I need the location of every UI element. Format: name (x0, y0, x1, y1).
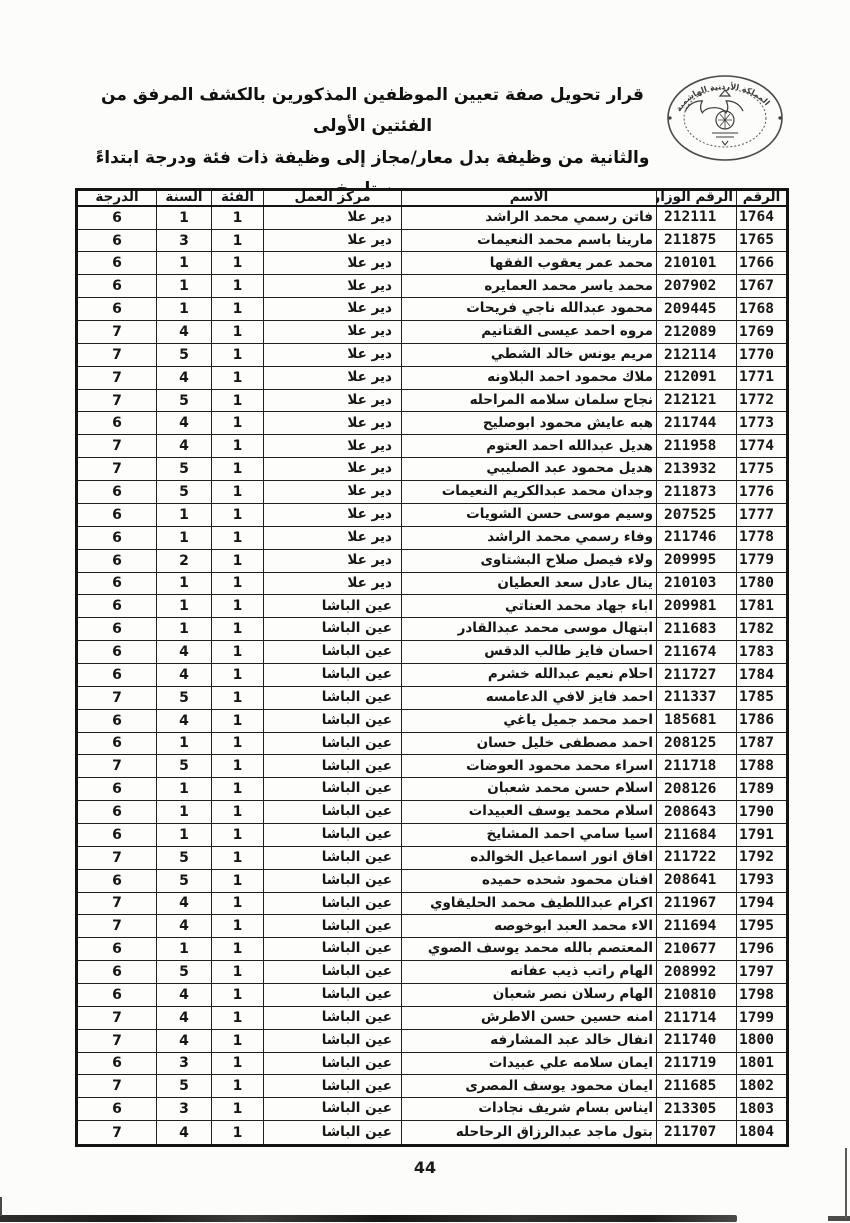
cell-work-center: دير علا (264, 343, 402, 366)
cell-grade: 6 (77, 961, 157, 984)
cell-name: ايمان سلامه علي عبيدات (402, 1052, 657, 1075)
cell-year: 4 (157, 412, 212, 435)
cell-ministry-number: 211714 (657, 1006, 737, 1029)
scanned-document-page: قرار تحويل صفة تعيين الموظفين المذكورين … (0, 0, 850, 1223)
cell-grade: 6 (77, 252, 157, 275)
cell-name: اسلام حسن محمد شعبان (402, 778, 657, 801)
cell-year: 2 (157, 549, 212, 572)
cell-category: 1 (212, 823, 264, 846)
cell-grade: 6 (77, 298, 157, 321)
cell-name: ينال عادل سعد العطيان (402, 572, 657, 595)
cell-work-center: دير علا (264, 481, 402, 504)
cell-category: 1 (212, 755, 264, 778)
cell-ministry-number: 211875 (657, 229, 737, 252)
cell-grade: 7 (77, 366, 157, 389)
official-seal-icon: المملكة الأردنية الهاشمية (660, 70, 790, 166)
cell-year: 1 (157, 526, 212, 549)
cell-serial: 1780 (737, 572, 788, 595)
cell-year: 4 (157, 663, 212, 686)
table-row: 1784211727احلام نعيم عبدالله خشرمعين الب… (77, 663, 788, 686)
cell-ministry-number: 211684 (657, 823, 737, 846)
table-row: 1772212121نجاح سلمان سلامه المراحلهدير ع… (77, 389, 788, 412)
cell-category: 1 (212, 938, 264, 961)
cell-work-center: عين الباشا (264, 983, 402, 1006)
cell-grade: 6 (77, 641, 157, 664)
cell-work-center: عين الباشا (264, 663, 402, 686)
cell-grade: 7 (77, 458, 157, 481)
cell-name: احلام نعيم عبدالله خشرم (402, 663, 657, 686)
cell-category: 1 (212, 641, 264, 664)
cell-ministry-number: 211873 (657, 481, 737, 504)
table-row: 1804211707بتول ماجد عبدالرزاق الرحاحلهعي… (77, 1121, 788, 1146)
cell-ministry-number: 208992 (657, 961, 737, 984)
cell-name: احمد فايز لافي الدعامسه (402, 686, 657, 709)
scan-artifact-right-edge (845, 1148, 847, 1218)
cell-year: 4 (157, 709, 212, 732)
cell-work-center: دير علا (264, 389, 402, 412)
cell-grade: 7 (77, 343, 157, 366)
cell-serial: 1784 (737, 663, 788, 686)
cell-category: 1 (212, 572, 264, 595)
cell-ministry-number: 211718 (657, 755, 737, 778)
cell-serial: 1796 (737, 938, 788, 961)
cell-year: 1 (157, 618, 212, 641)
cell-serial: 1795 (737, 915, 788, 938)
table-row: 1783211674احسان فايز طالب الدقسعين الباش… (77, 641, 788, 664)
page-number: 44 (400, 1158, 450, 1177)
cell-work-center: دير علا (264, 206, 402, 230)
cell-category: 1 (212, 1006, 264, 1029)
cell-year: 3 (157, 229, 212, 252)
cell-ministry-number: 210101 (657, 252, 737, 275)
cell-category: 1 (212, 458, 264, 481)
cell-category: 1 (212, 298, 264, 321)
cell-ministry-number: 211694 (657, 915, 737, 938)
cell-ministry-number: 210677 (657, 938, 737, 961)
cell-ministry-number: 185681 (657, 709, 737, 732)
cell-category: 1 (212, 961, 264, 984)
table-row: 1782211683ابتهال موسى محمد عبدالقادرعين … (77, 618, 788, 641)
employee-roster-table: الرقم الرقم الوزاري الاسم مركز العمل الف… (75, 188, 789, 1147)
table-row: 1780210103ينال عادل سعد العطياندير علا11… (77, 572, 788, 595)
table-row: 1773211744هبه عايش محمود ابوصليحدير علا1… (77, 412, 788, 435)
cell-grade: 6 (77, 709, 157, 732)
cell-grade: 6 (77, 595, 157, 618)
cell-name: مارينا باسم محمد النعيمات (402, 229, 657, 252)
cell-work-center: عين الباشا (264, 801, 402, 824)
table-row: 1781209981اباء جهاد محمد العناتيعين البا… (77, 595, 788, 618)
cell-category: 1 (212, 549, 264, 572)
cell-year: 1 (157, 823, 212, 846)
cell-grade: 6 (77, 275, 157, 298)
cell-ministry-number: 208125 (657, 732, 737, 755)
cell-serial: 1774 (737, 435, 788, 458)
cell-ministry-number: 207902 (657, 275, 737, 298)
column-header-category: الفئة (212, 190, 264, 206)
table-row: 1770212114مريم يونس خالد الشطيدير علا157 (77, 343, 788, 366)
cell-work-center: دير علا (264, 435, 402, 458)
cell-work-center: عين الباشا (264, 1075, 402, 1098)
cell-name: فاتن رسمي محمد الراشد (402, 206, 657, 230)
cell-year: 4 (157, 641, 212, 664)
cell-work-center: دير علا (264, 549, 402, 572)
cell-name: ابتهال موسى محمد عبدالقادر (402, 618, 657, 641)
cell-serial: 1792 (737, 846, 788, 869)
cell-grade: 7 (77, 1029, 157, 1052)
table-row: 1775213932هديل محمود عبد الصليبيدير علا1… (77, 458, 788, 481)
cell-category: 1 (212, 663, 264, 686)
cell-year: 1 (157, 275, 212, 298)
column-header-grade: الدرجة (77, 190, 157, 206)
table-row: 1793208641افنان محمود شحده حميدهعين البا… (77, 869, 788, 892)
cell-year: 4 (157, 435, 212, 458)
cell-category: 1 (212, 252, 264, 275)
cell-category: 1 (212, 846, 264, 869)
table-row: 1769212089مروه احمد عيسى القتانيمدير علا… (77, 321, 788, 344)
table-row: 1774211958هديل عبدالله احمد العتومدير عل… (77, 435, 788, 458)
cell-work-center: عين الباشا (264, 823, 402, 846)
cell-serial: 1797 (737, 961, 788, 984)
cell-grade: 7 (77, 321, 157, 344)
cell-serial: 1765 (737, 229, 788, 252)
cell-work-center: دير علا (264, 412, 402, 435)
column-header-serial: الرقم (737, 190, 788, 206)
cell-ministry-number: 211722 (657, 846, 737, 869)
cell-serial: 1799 (737, 1006, 788, 1029)
cell-work-center: عين الباشا (264, 846, 402, 869)
cell-year: 5 (157, 343, 212, 366)
cell-grade: 7 (77, 846, 157, 869)
scan-artifact-bottom-band (0, 1215, 737, 1222)
cell-work-center: عين الباشا (264, 1052, 402, 1075)
cell-year: 5 (157, 458, 212, 481)
cell-serial: 1764 (737, 206, 788, 230)
cell-ministry-number: 208641 (657, 869, 737, 892)
table-row: 1786185681احمد محمد جميل ياغيعين الباشا1… (77, 709, 788, 732)
cell-category: 1 (212, 1121, 264, 1146)
cell-ministry-number: 210810 (657, 983, 737, 1006)
cell-serial: 1772 (737, 389, 788, 412)
table-row: 1789208126اسلام حسن محمد شعبانعين الباشا… (77, 778, 788, 801)
cell-ministry-number: 212089 (657, 321, 737, 344)
cell-work-center: عين الباشا (264, 778, 402, 801)
table-row: 1797208992الهام راتب ذيب عفانهعين الباشا… (77, 961, 788, 984)
cell-ministry-number: 211727 (657, 663, 737, 686)
cell-name: ايمان محمود يوسف المصرى (402, 1075, 657, 1098)
cell-name: بتول ماجد عبدالرزاق الرحاحله (402, 1121, 657, 1146)
cell-serial: 1768 (737, 298, 788, 321)
cell-grade: 6 (77, 869, 157, 892)
cell-serial: 1771 (737, 366, 788, 389)
table-row: 1779209995ولاء فيصل صلاح البشتاوىدير علا… (77, 549, 788, 572)
cell-work-center: دير علا (264, 503, 402, 526)
table-row: 1768209445محمود عبدالله ناجي فريحاتدير ع… (77, 298, 788, 321)
cell-grade: 6 (77, 938, 157, 961)
cell-year: 4 (157, 915, 212, 938)
cell-serial: 1777 (737, 503, 788, 526)
cell-category: 1 (212, 732, 264, 755)
cell-ministry-number: 212114 (657, 343, 737, 366)
table-row: 1799211714امنه حسين حسن الاطرشعين الباشا… (77, 1006, 788, 1029)
cell-ministry-number: 208643 (657, 801, 737, 824)
cell-ministry-number: 213932 (657, 458, 737, 481)
scan-artifact-left-tick (0, 1197, 2, 1216)
cell-work-center: عين الباشا (264, 1098, 402, 1121)
cell-name: امنه حسين حسن الاطرش (402, 1006, 657, 1029)
cell-name: هديل عبدالله احمد العتوم (402, 435, 657, 458)
cell-name: مروه احمد عيسى القتانيم (402, 321, 657, 344)
cell-name: نجاح سلمان سلامه المراحله (402, 389, 657, 412)
cell-ministry-number: 211967 (657, 892, 737, 915)
cell-work-center: عين الباشا (264, 755, 402, 778)
cell-year: 4 (157, 983, 212, 1006)
cell-year: 1 (157, 572, 212, 595)
cell-year: 5 (157, 389, 212, 412)
cell-serial: 1779 (737, 549, 788, 572)
cell-name: محمود عبدالله ناجي فريحات (402, 298, 657, 321)
cell-year: 4 (157, 1006, 212, 1029)
cell-serial: 1800 (737, 1029, 788, 1052)
table-row: 1803213305ايناس بسام شريف نجاداتعين البا… (77, 1098, 788, 1121)
cell-serial: 1794 (737, 892, 788, 915)
cell-ministry-number: 209981 (657, 595, 737, 618)
cell-grade: 6 (77, 823, 157, 846)
cell-year: 4 (157, 1121, 212, 1146)
cell-work-center: عين الباشا (264, 938, 402, 961)
cell-grade: 6 (77, 732, 157, 755)
cell-serial: 1766 (737, 252, 788, 275)
cell-serial: 1798 (737, 983, 788, 1006)
cell-ministry-number: 211746 (657, 526, 737, 549)
cell-category: 1 (212, 595, 264, 618)
cell-grade: 7 (77, 1121, 157, 1146)
cell-serial: 1791 (737, 823, 788, 846)
cell-work-center: عين الباشا (264, 618, 402, 641)
cell-name: انفال خالد عبد المشارفه (402, 1029, 657, 1052)
cell-name: اسراء محمد محمود العوضات (402, 755, 657, 778)
table-row: 1767207902محمد ياسر محمد العمايرهدير علا… (77, 275, 788, 298)
cell-year: 1 (157, 778, 212, 801)
cell-category: 1 (212, 1098, 264, 1121)
cell-serial: 1787 (737, 732, 788, 755)
cell-grade: 6 (77, 572, 157, 595)
cell-grade: 6 (77, 618, 157, 641)
cell-ministry-number: 211685 (657, 1075, 737, 1098)
cell-serial: 1775 (737, 458, 788, 481)
cell-ministry-number: 207525 (657, 503, 737, 526)
cell-ministry-number: 211683 (657, 618, 737, 641)
table-row: 1802211685ايمان محمود يوسف المصرىعين الب… (77, 1075, 788, 1098)
cell-grade: 6 (77, 526, 157, 549)
cell-name: اكرام عبداللطيف محمد الحليقاوي (402, 892, 657, 915)
cell-name: الاء محمد العبد ابوخوصه (402, 915, 657, 938)
cell-grade: 6 (77, 229, 157, 252)
cell-ministry-number: 211740 (657, 1029, 737, 1052)
cell-work-center: عين الباشا (264, 1029, 402, 1052)
cell-work-center: دير علا (264, 458, 402, 481)
table-row: 1766210101محمد عمر يعقوب الفقهادير علا11… (77, 252, 788, 275)
cell-work-center: دير علا (264, 526, 402, 549)
table-row: 1776211873وجدان محمد عبدالكريم النعيماتد… (77, 481, 788, 504)
cell-name: وجدان محمد عبدالكريم النعيمات (402, 481, 657, 504)
cell-category: 1 (212, 709, 264, 732)
cell-category: 1 (212, 778, 264, 801)
cell-name: محمد ياسر محمد العمايره (402, 275, 657, 298)
cell-serial: 1802 (737, 1075, 788, 1098)
cell-work-center: عين الباشا (264, 961, 402, 984)
cell-category: 1 (212, 686, 264, 709)
cell-ministry-number: 210103 (657, 572, 737, 595)
cell-work-center: دير علا (264, 275, 402, 298)
table-row: 1801211719ايمان سلامه علي عبيداتعين البا… (77, 1052, 788, 1075)
cell-serial: 1789 (737, 778, 788, 801)
cell-name: احمد مصطفى خليل حسان (402, 732, 657, 755)
cell-category: 1 (212, 915, 264, 938)
table-row: 1787208125احمد مصطفى خليل حسانعين الباشا… (77, 732, 788, 755)
cell-grade: 6 (77, 983, 157, 1006)
cell-name: ملاك محمود احمد البلاونه (402, 366, 657, 389)
cell-grade: 6 (77, 503, 157, 526)
cell-work-center: عين الباشا (264, 892, 402, 915)
cell-name: محمد عمر يعقوب الفقها (402, 252, 657, 275)
table-row: 1764212111فاتن رسمي محمد الراشددير علا11… (77, 206, 788, 230)
cell-grade: 7 (77, 755, 157, 778)
cell-serial: 1778 (737, 526, 788, 549)
cell-serial: 1793 (737, 869, 788, 892)
cell-category: 1 (212, 389, 264, 412)
table-row: 1794211967اكرام عبداللطيف محمد الحليقاوي… (77, 892, 788, 915)
cell-grade: 6 (77, 206, 157, 230)
cell-grade: 7 (77, 686, 157, 709)
cell-ministry-number: 212121 (657, 389, 737, 412)
cell-serial: 1785 (737, 686, 788, 709)
cell-ministry-number: 212111 (657, 206, 737, 230)
table-row: 1785211337احمد فايز لافي الدعامسهعين الب… (77, 686, 788, 709)
cell-serial: 1782 (737, 618, 788, 641)
cell-grade: 7 (77, 435, 157, 458)
cell-grade: 7 (77, 389, 157, 412)
cell-category: 1 (212, 983, 264, 1006)
cell-year: 4 (157, 892, 212, 915)
table-row: 1798210810الهام رسلان نصر شعبانعين الباش… (77, 983, 788, 1006)
table-row: 1791211684اسيا سامي احمد المشايخعين البا… (77, 823, 788, 846)
table-row: 1765211875مارينا باسم محمد النعيماتدير ع… (77, 229, 788, 252)
table-row: 1792211722افاق انور اسماعيل الخوالدهعين … (77, 846, 788, 869)
cell-year: 1 (157, 732, 212, 755)
cell-grade: 7 (77, 915, 157, 938)
cell-category: 1 (212, 503, 264, 526)
column-header-year: السنة (157, 190, 212, 206)
cell-serial: 1781 (737, 595, 788, 618)
cell-work-center: دير علا (264, 366, 402, 389)
cell-year: 1 (157, 595, 212, 618)
cell-serial: 1769 (737, 321, 788, 344)
cell-name: احمد محمد جميل ياغي (402, 709, 657, 732)
cell-grade: 6 (77, 663, 157, 686)
cell-grade: 7 (77, 1006, 157, 1029)
column-header-ministry-number: الرقم الوزاري (657, 190, 737, 206)
cell-work-center: عين الباشا (264, 686, 402, 709)
cell-serial: 1770 (737, 343, 788, 366)
cell-work-center: دير علا (264, 572, 402, 595)
decision-title-line1: قرار تحويل صفة تعيين الموظفين المذكورين … (85, 80, 660, 143)
cell-work-center: عين الباشا (264, 915, 402, 938)
cell-category: 1 (212, 321, 264, 344)
cell-name: اسيا سامي احمد المشايخ (402, 823, 657, 846)
cell-category: 1 (212, 229, 264, 252)
cell-work-center: دير علا (264, 252, 402, 275)
cell-serial: 1788 (737, 755, 788, 778)
cell-ministry-number: 211958 (657, 435, 737, 458)
cell-name: وفاء رسمي محمد الراشد (402, 526, 657, 549)
cell-serial: 1790 (737, 801, 788, 824)
cell-grade: 7 (77, 892, 157, 915)
cell-ministry-number: 211707 (657, 1121, 737, 1146)
table-row: 1777207525وسيم موسى حسن الشوياتدير علا11… (77, 503, 788, 526)
cell-grade: 6 (77, 481, 157, 504)
cell-year: 1 (157, 206, 212, 230)
cell-work-center: عين الباشا (264, 641, 402, 664)
cell-category: 1 (212, 275, 264, 298)
cell-year: 5 (157, 869, 212, 892)
cell-name: افنان محمود شحده حميده (402, 869, 657, 892)
cell-ministry-number: 209445 (657, 298, 737, 321)
cell-year: 1 (157, 298, 212, 321)
table-row: 1771212091ملاك محمود احمد البلاونهدير عل… (77, 366, 788, 389)
cell-grade: 6 (77, 778, 157, 801)
cell-serial: 1803 (737, 1098, 788, 1121)
cell-year: 4 (157, 1029, 212, 1052)
table-header-row: الرقم الرقم الوزاري الاسم مركز العمل الف… (77, 190, 788, 206)
cell-name: اباء جهاد محمد العناتي (402, 595, 657, 618)
cell-category: 1 (212, 1052, 264, 1075)
cell-category: 1 (212, 1075, 264, 1098)
cell-category: 1 (212, 366, 264, 389)
cell-ministry-number: 209995 (657, 549, 737, 572)
table-row: 1778211746وفاء رسمي محمد الراشددير علا11… (77, 526, 788, 549)
cell-category: 1 (212, 412, 264, 435)
cell-grade: 6 (77, 549, 157, 572)
cell-year: 5 (157, 1075, 212, 1098)
cell-year: 5 (157, 481, 212, 504)
cell-year: 5 (157, 686, 212, 709)
cell-name: ولاء فيصل صلاح البشتاوى (402, 549, 657, 572)
cell-year: 1 (157, 938, 212, 961)
cell-year: 5 (157, 846, 212, 869)
cell-ministry-number: 211719 (657, 1052, 737, 1075)
cell-grade: 6 (77, 1098, 157, 1121)
cell-work-center: عين الباشا (264, 732, 402, 755)
cell-category: 1 (212, 435, 264, 458)
cell-year: 5 (157, 961, 212, 984)
cell-name: مريم يونس خالد الشطي (402, 343, 657, 366)
cell-serial: 1773 (737, 412, 788, 435)
cell-serial: 1783 (737, 641, 788, 664)
cell-category: 1 (212, 343, 264, 366)
cell-year: 3 (157, 1052, 212, 1075)
cell-name: اسلام محمد يوسف العبيدات (402, 801, 657, 824)
cell-name: افاق انور اسماعيل الخوالده (402, 846, 657, 869)
table-row: 1800211740انفال خالد عبد المشارفهعين الب… (77, 1029, 788, 1052)
cell-work-center: دير علا (264, 229, 402, 252)
cell-category: 1 (212, 869, 264, 892)
cell-ministry-number: 211337 (657, 686, 737, 709)
cell-category: 1 (212, 481, 264, 504)
cell-ministry-number: 211674 (657, 641, 737, 664)
cell-grade: 6 (77, 412, 157, 435)
cell-ministry-number: 213305 (657, 1098, 737, 1121)
cell-name: الهام رسلان نصر شعبان (402, 983, 657, 1006)
